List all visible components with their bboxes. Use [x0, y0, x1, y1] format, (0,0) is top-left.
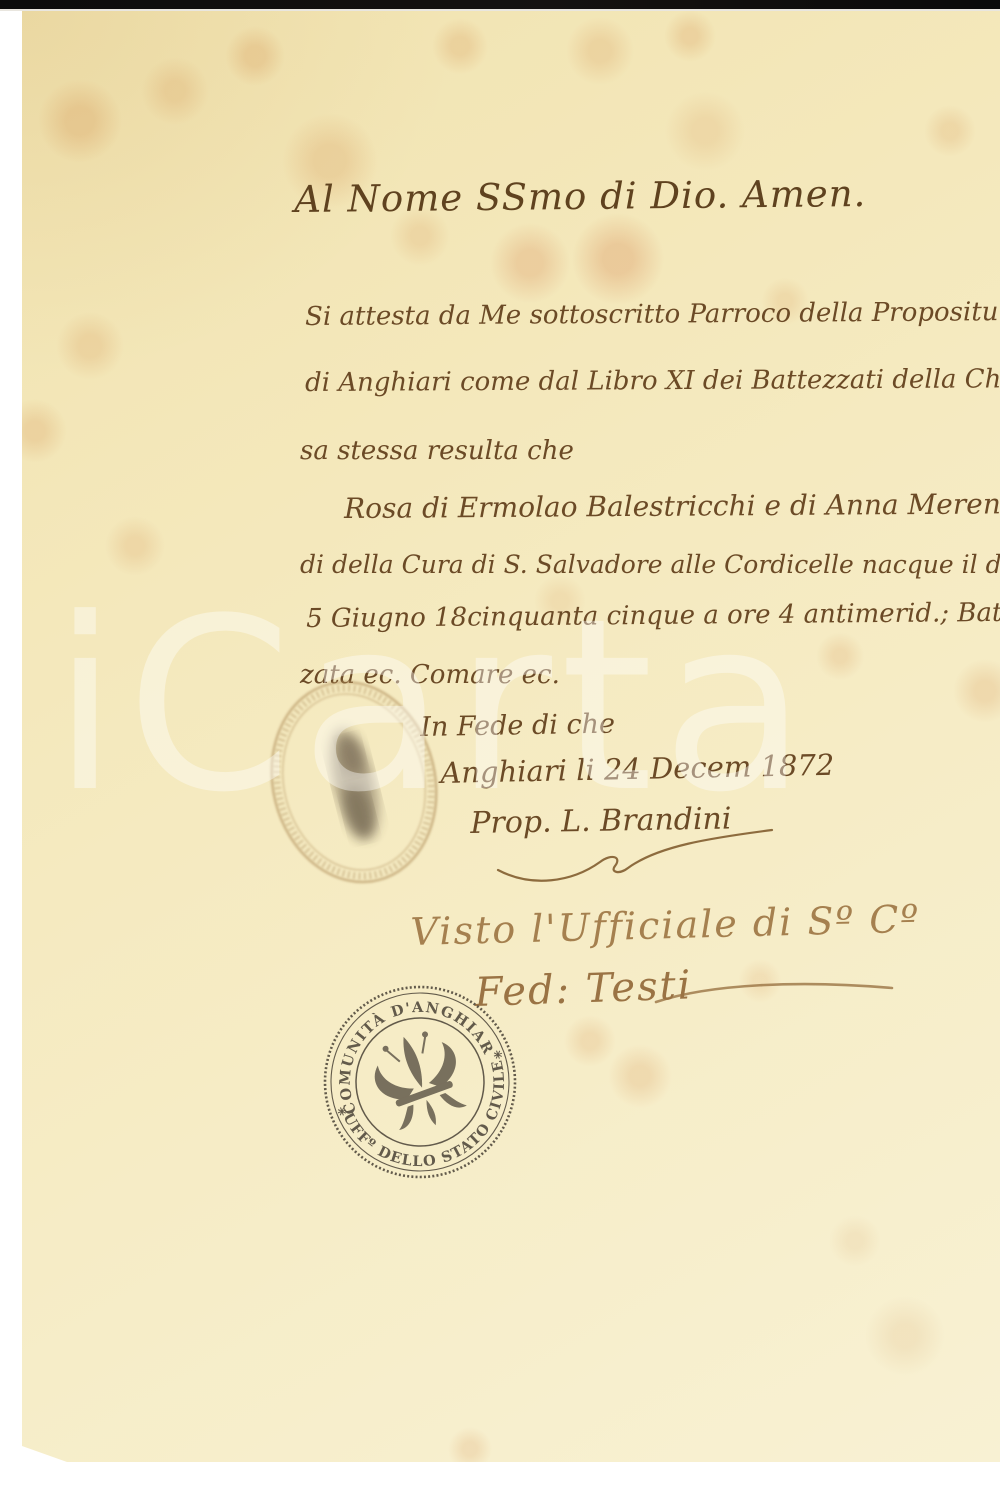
attestation-line: In Fede di che	[420, 709, 615, 743]
scan-top-edge	[0, 0, 1000, 11]
document-paper: Al Nome SSmo di Dio. Amen. Si attesta da…	[22, 10, 1000, 1462]
signature-dash-flourish	[650, 972, 900, 1014]
invocation-heading: Al Nome SSmo di Dio. Amen.	[294, 172, 867, 221]
oval-parish-stamp	[241, 654, 467, 911]
body-line-1: Si attesta da Me sottoscritto Parroco de…	[305, 297, 1000, 332]
body-line-3: sa stessa resulta che	[300, 436, 574, 466]
body-line-6: 5 Giugno 18cinquanta cinque a ore 4 anti…	[306, 598, 1000, 634]
fleur-de-lis-icon	[364, 1023, 475, 1140]
signature-flourish	[492, 822, 782, 894]
body-line-5: di della Cura di S. Salvadore alle Cordi…	[300, 550, 1000, 579]
body-line-2: di Anghiari come dal Libro XI dei Battez…	[305, 364, 1000, 398]
dateline: Anghiari li 24 Decem 1872	[440, 748, 835, 790]
visto-line: Visto l'Ufficiale di Sº Cº	[410, 897, 921, 954]
body-line-4: Rosa di Ermolao Balestricchi e di Anna M…	[344, 487, 1000, 525]
